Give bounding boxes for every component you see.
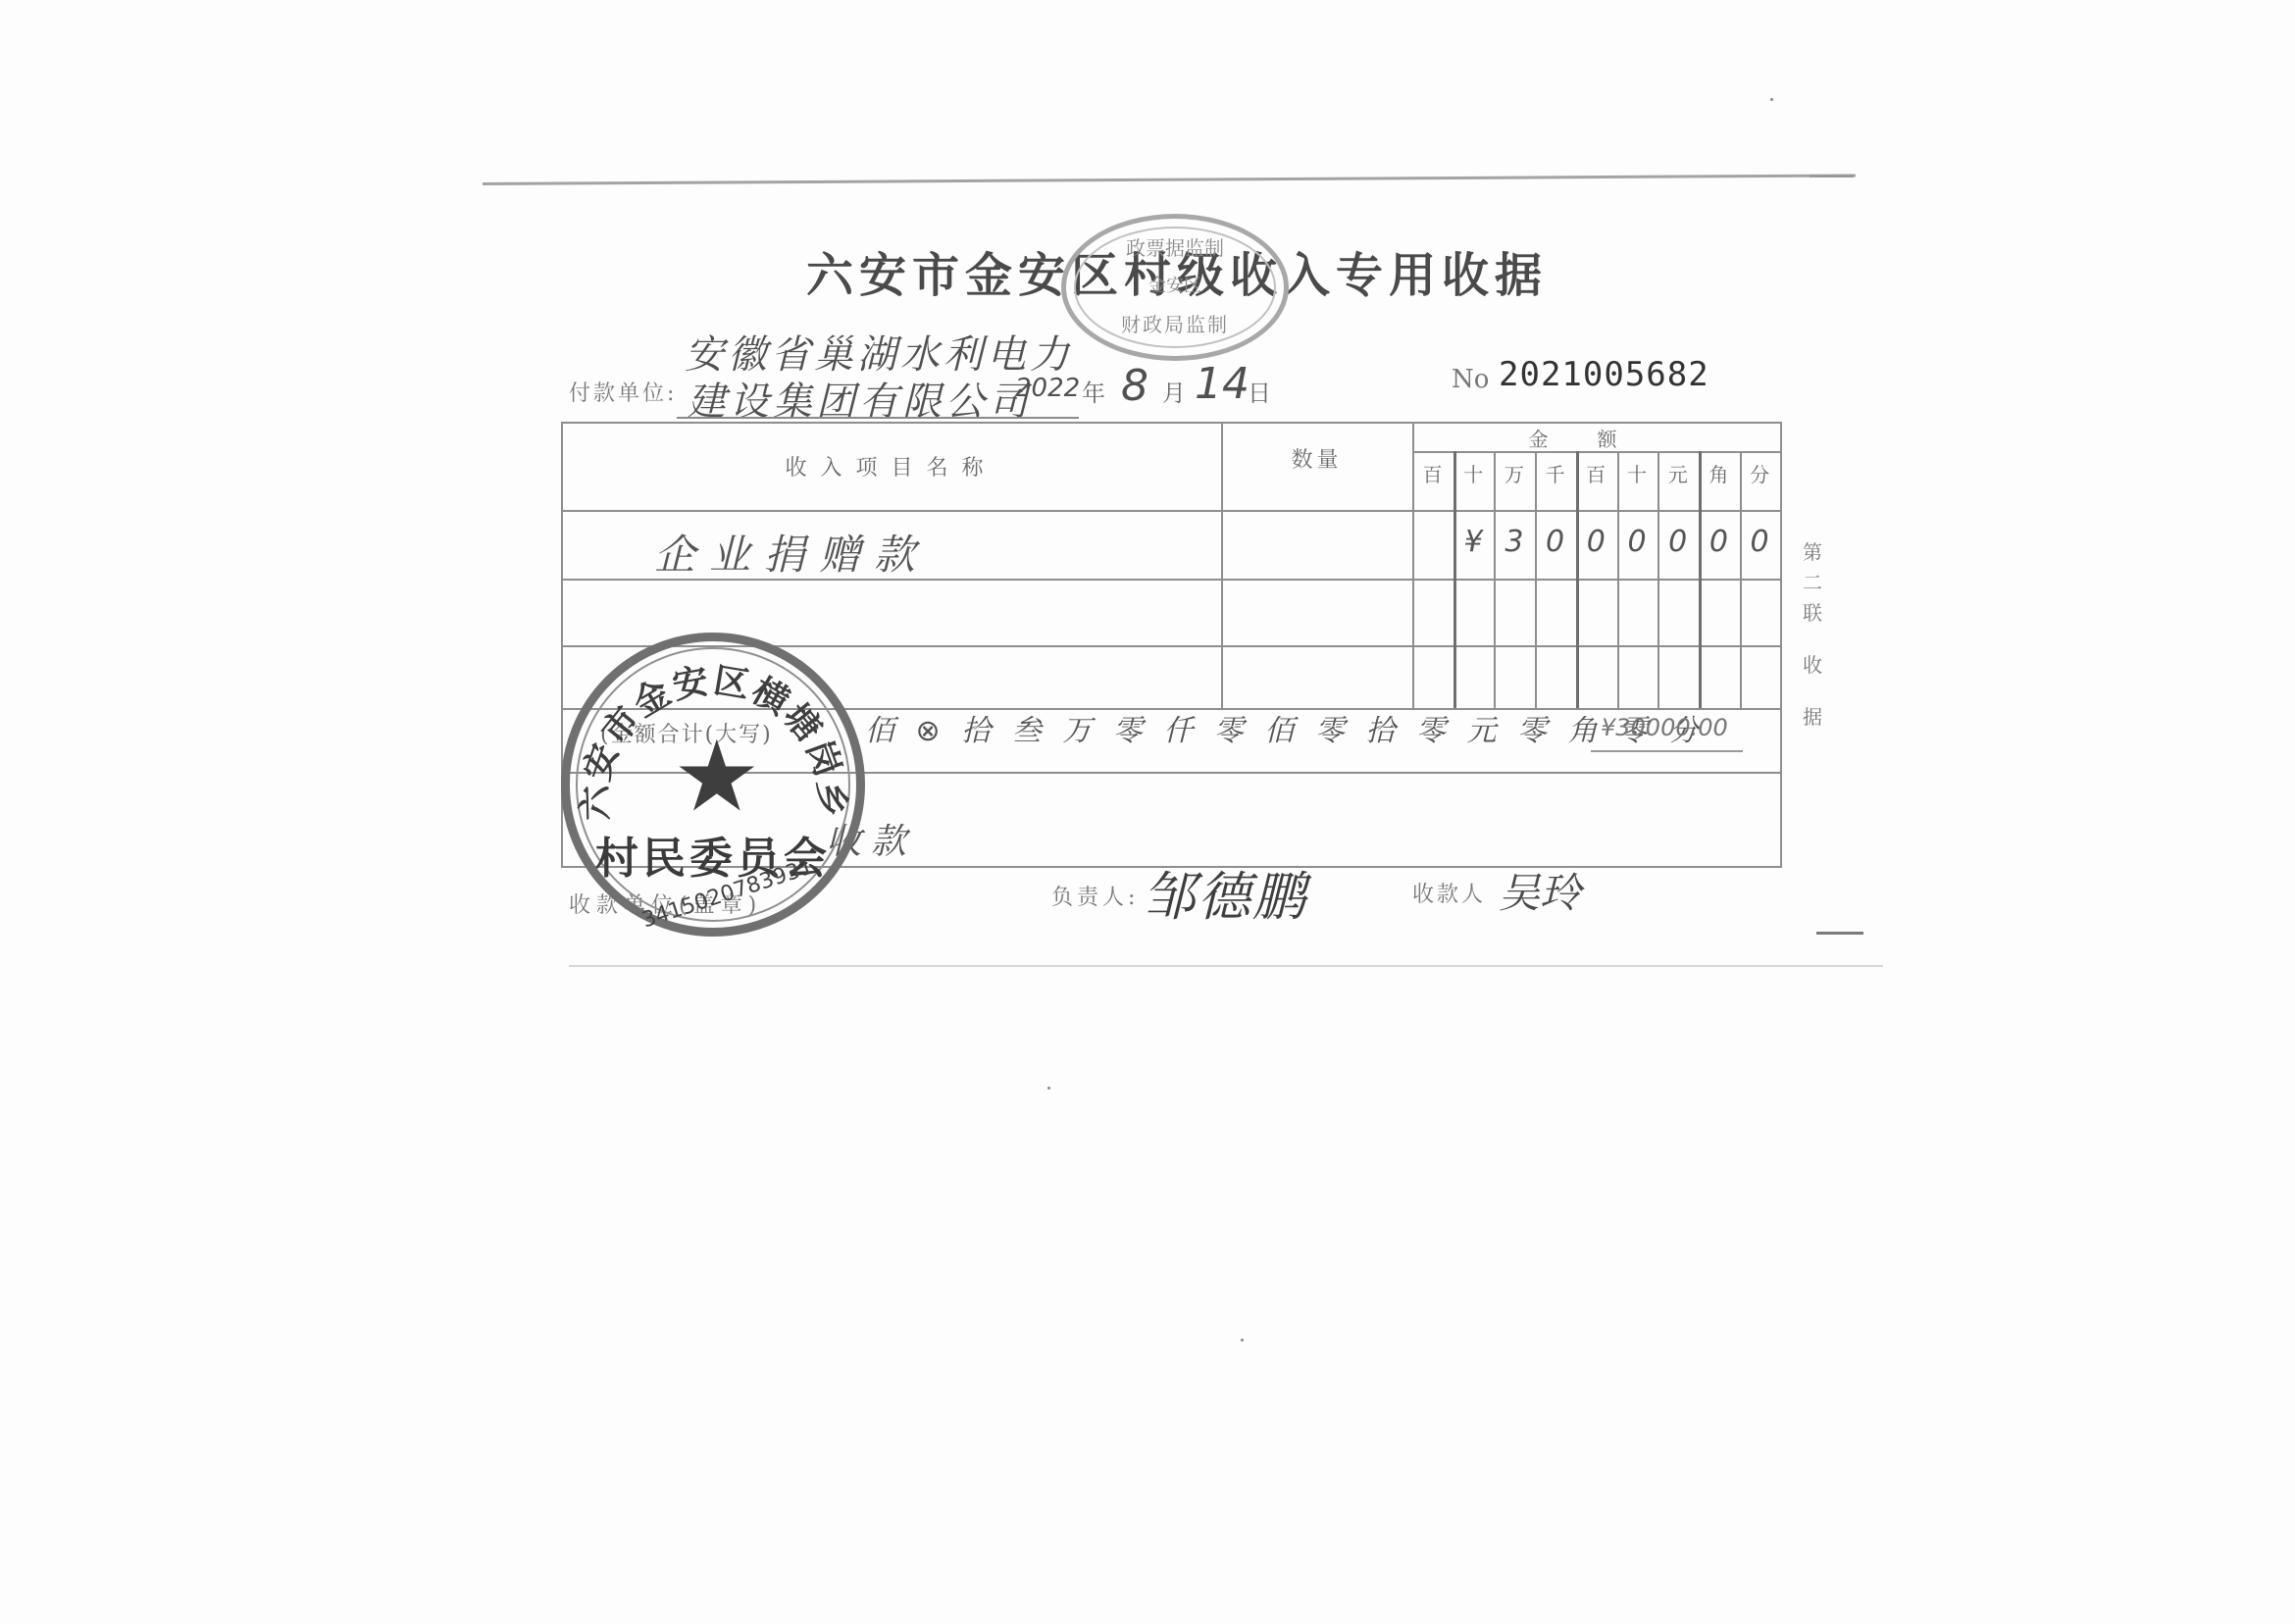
payee-label: 收款人 xyxy=(1412,878,1486,908)
stamp-line-1: 政票据监制 xyxy=(1066,232,1284,261)
total-figure: ¥30000.00 xyxy=(1601,714,1728,741)
header-bottom-border xyxy=(561,510,1782,512)
total-uppercase-amount: 佰 ⊗ 拾 叁 万 零 仟 零 佰 零 拾 零 元 零 角 零 分 xyxy=(865,706,1705,749)
leader-label: 负责人: xyxy=(1051,881,1139,911)
date-year-label: 年 xyxy=(1082,374,1105,408)
digit-column-divider xyxy=(1617,451,1619,708)
total-figure-underline xyxy=(1591,750,1743,752)
copy-label-char: 联 xyxy=(1798,598,1827,629)
digit-value: 0 xyxy=(1657,525,1698,559)
date-month: 8 xyxy=(1121,361,1148,411)
receipt-top-border-mark xyxy=(1810,175,1854,178)
digit-value: 0 xyxy=(1617,525,1657,559)
copy-label-char: 二 xyxy=(1798,568,1827,598)
date-day: 14 xyxy=(1195,359,1249,409)
payee-signature: 吴玲 xyxy=(1499,861,1581,920)
stamp-line-2: 金安区 xyxy=(1066,272,1284,297)
date-month-label: 月 xyxy=(1162,374,1186,408)
scan-speck xyxy=(1770,98,1773,101)
table-right-border xyxy=(1780,422,1782,868)
digit-column-divider xyxy=(1699,451,1702,708)
digit-header: 角 xyxy=(1699,459,1739,487)
copy-label: 第 二 联 收 据 xyxy=(1798,537,1827,733)
payer-underline xyxy=(677,417,1079,419)
copy-label-char: 据 xyxy=(1798,702,1827,733)
item-name: 企业捐赠款 xyxy=(654,523,929,582)
digit-column-divider xyxy=(1494,451,1496,708)
copy-label-char: 第 xyxy=(1798,537,1827,568)
digit-header: 千 xyxy=(1535,459,1575,487)
header-item-name: 收入项目名称 xyxy=(561,451,1221,482)
digit-header: 万 xyxy=(1494,459,1534,487)
digit-value: 0 xyxy=(1740,525,1780,559)
scan-speck xyxy=(1241,1339,1244,1342)
digit-header: 分 xyxy=(1740,459,1780,487)
digit-header: 百 xyxy=(1412,459,1453,487)
leader-signature: 邹德鹏 xyxy=(1143,855,1307,931)
stamp-line-3: 财政局监制 xyxy=(1066,309,1284,337)
header-quantity: 数量 xyxy=(1221,443,1412,474)
digit-header: 元 xyxy=(1657,459,1698,487)
receipt-number-label: No xyxy=(1452,365,1489,394)
receipt-corner-mark xyxy=(1816,932,1863,935)
digit-column-divider xyxy=(1453,451,1456,708)
header-amount: 金额 xyxy=(1412,424,1782,452)
digit-value: ¥ xyxy=(1453,525,1494,559)
digit-value: 0 xyxy=(1699,525,1739,559)
digit-column-divider xyxy=(1657,451,1659,708)
receipt-top-border xyxy=(483,174,1856,185)
date-day-label: 日 xyxy=(1248,374,1271,408)
copy-label-char: 收 xyxy=(1798,650,1827,681)
digit-header: 十 xyxy=(1453,459,1494,487)
digit-header: 十 xyxy=(1617,459,1657,487)
digit-value: 3 xyxy=(1494,525,1534,559)
receipt-bottom-border xyxy=(569,965,1883,967)
payer-label: 付款单位: xyxy=(569,377,677,407)
receipt-number: 2021005682 xyxy=(1499,355,1709,394)
star-icon: ★ xyxy=(673,728,761,826)
scan-speck xyxy=(1047,1087,1050,1090)
village-committee-stamp: 六安市金安区横塘岗乡 ★ 村民委员会 3415020783931 xyxy=(561,633,865,937)
date-year: 2022 xyxy=(1015,374,1080,403)
digit-header: 百 xyxy=(1576,459,1616,487)
finance-bureau-stamp: 政票据监制 金安区 财政局监制 xyxy=(1061,214,1289,361)
digit-value: 0 xyxy=(1535,525,1575,559)
digit-value: 0 xyxy=(1576,525,1616,559)
digit-column-divider xyxy=(1740,451,1742,708)
digit-column-divider xyxy=(1576,451,1579,708)
digit-column-divider xyxy=(1535,451,1537,708)
